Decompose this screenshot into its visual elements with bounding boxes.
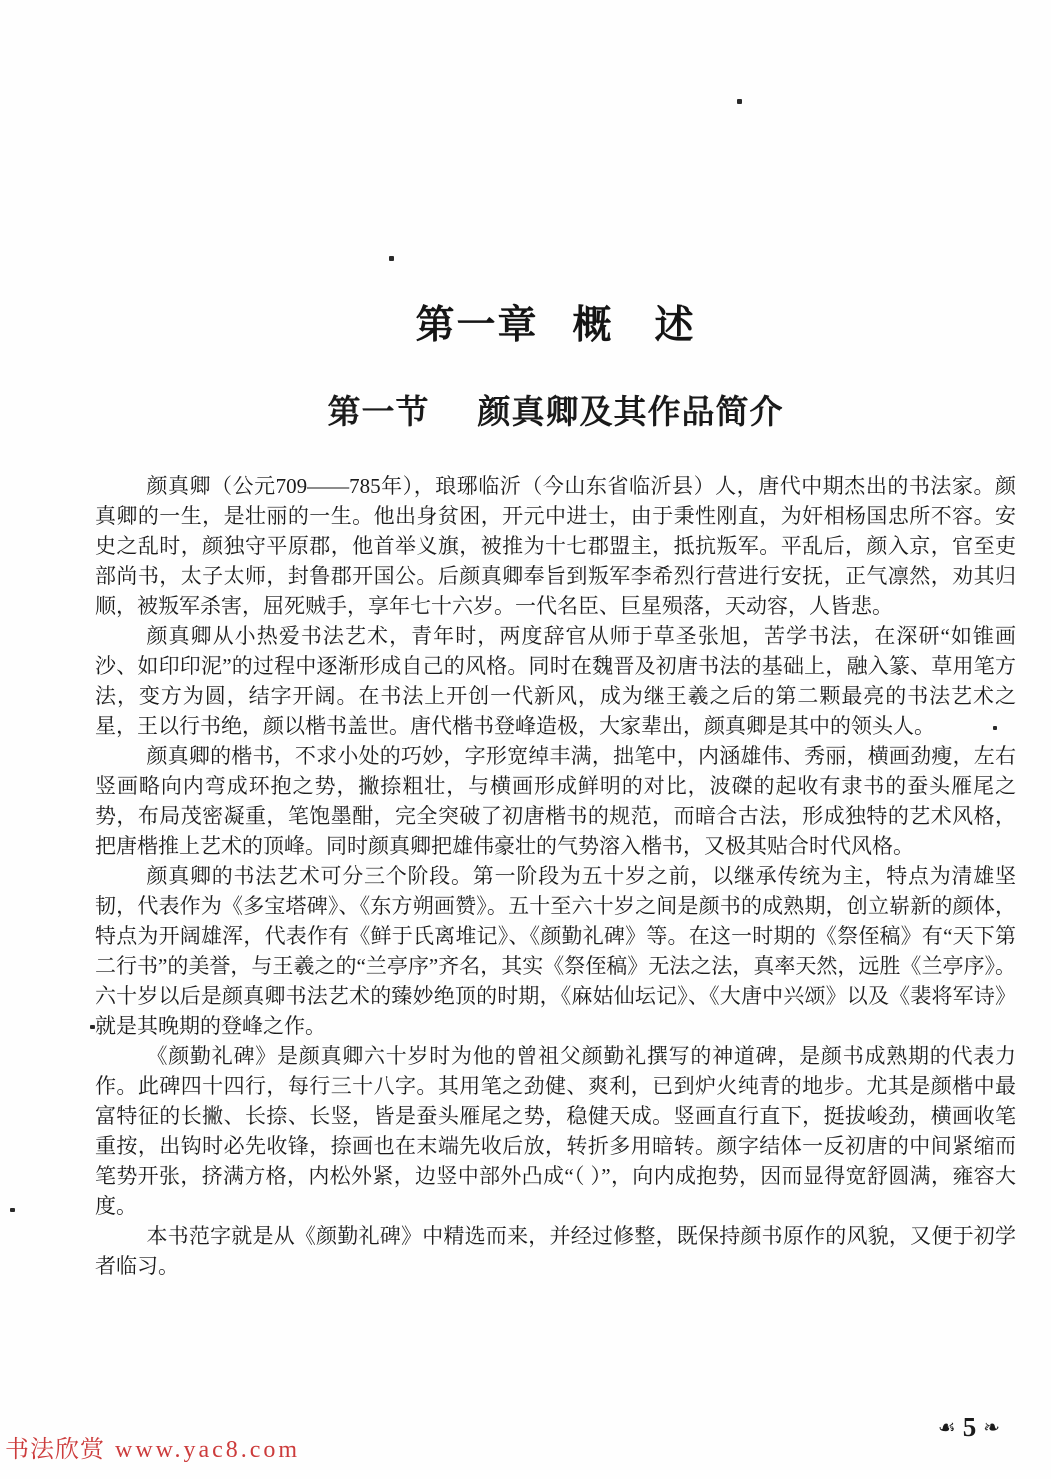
paragraph-book-note: 本书范字就是从《颜勤礼碑》中精选而来，并经过修整，既保持颜书原作的风貌，又便于初…	[95, 1221, 1016, 1281]
scan-speck	[10, 1208, 15, 1212]
watermark: 书法欣赏www.yac8.com	[5, 1429, 300, 1464]
paragraph-study: 颜真卿从小热爱书法艺术，青年时，两度辞官从师于草圣张旭，苦学书法，在深研“如锥画…	[95, 621, 1016, 741]
paragraph-yanqinli-stele: 《颜勤礼碑》是颜真卿六十岁时为他的曾祖父颜勤礼撰写的神道碑，是颜书成熟期的代表力…	[95, 1041, 1016, 1221]
watermark-site-name: 书法欣赏	[5, 1437, 105, 1463]
paragraph-bio: 颜真卿（公元709——785年），琅琊临沂（今山东省临沂县）人，唐代中期杰出的书…	[95, 471, 1016, 621]
scan-speck	[389, 256, 394, 261]
floral-ornament-right-icon: ❧	[983, 1415, 1000, 1439]
paragraph-three-stages: 颜真卿的书法艺术可分三个阶段。第一阶段为五十岁之前，以继承传统为主，特点为清雄坚…	[95, 861, 1016, 1041]
paragraph-kaishu-style: 颜真卿的楷书，不求小处的巧妙，字形宽绰丰满，拙笔中，内涵雄伟、秀丽，横画劲瘦，左…	[95, 741, 1016, 861]
chapter-heading: 第一章概 述	[95, 294, 1016, 350]
page-number-value: 5	[963, 1412, 977, 1442]
chapter-label: 第一章	[415, 304, 538, 347]
page-number: ☙5❧	[938, 1412, 1000, 1443]
chapter-title-text: 概 述	[573, 304, 696, 347]
section-title-text: 颜真卿及其作品简介	[478, 395, 784, 431]
watermark-site-url: www.yac8.com	[115, 1437, 300, 1463]
body-text: 颜真卿（公元709——785年），琅琊临沂（今山东省临沂县）人，唐代中期杰出的书…	[95, 471, 1016, 1281]
section-label: 第一节	[328, 395, 430, 431]
scanned-book-page: 第一章概 述 第一节颜真卿及其作品简介 颜真卿（公元709——785年），琅琊临…	[0, 0, 1051, 1479]
floral-ornament-left-icon: ☙	[938, 1415, 956, 1439]
section-heading: 第一节颜真卿及其作品简介	[95, 386, 1016, 433]
scan-speck	[737, 99, 742, 104]
